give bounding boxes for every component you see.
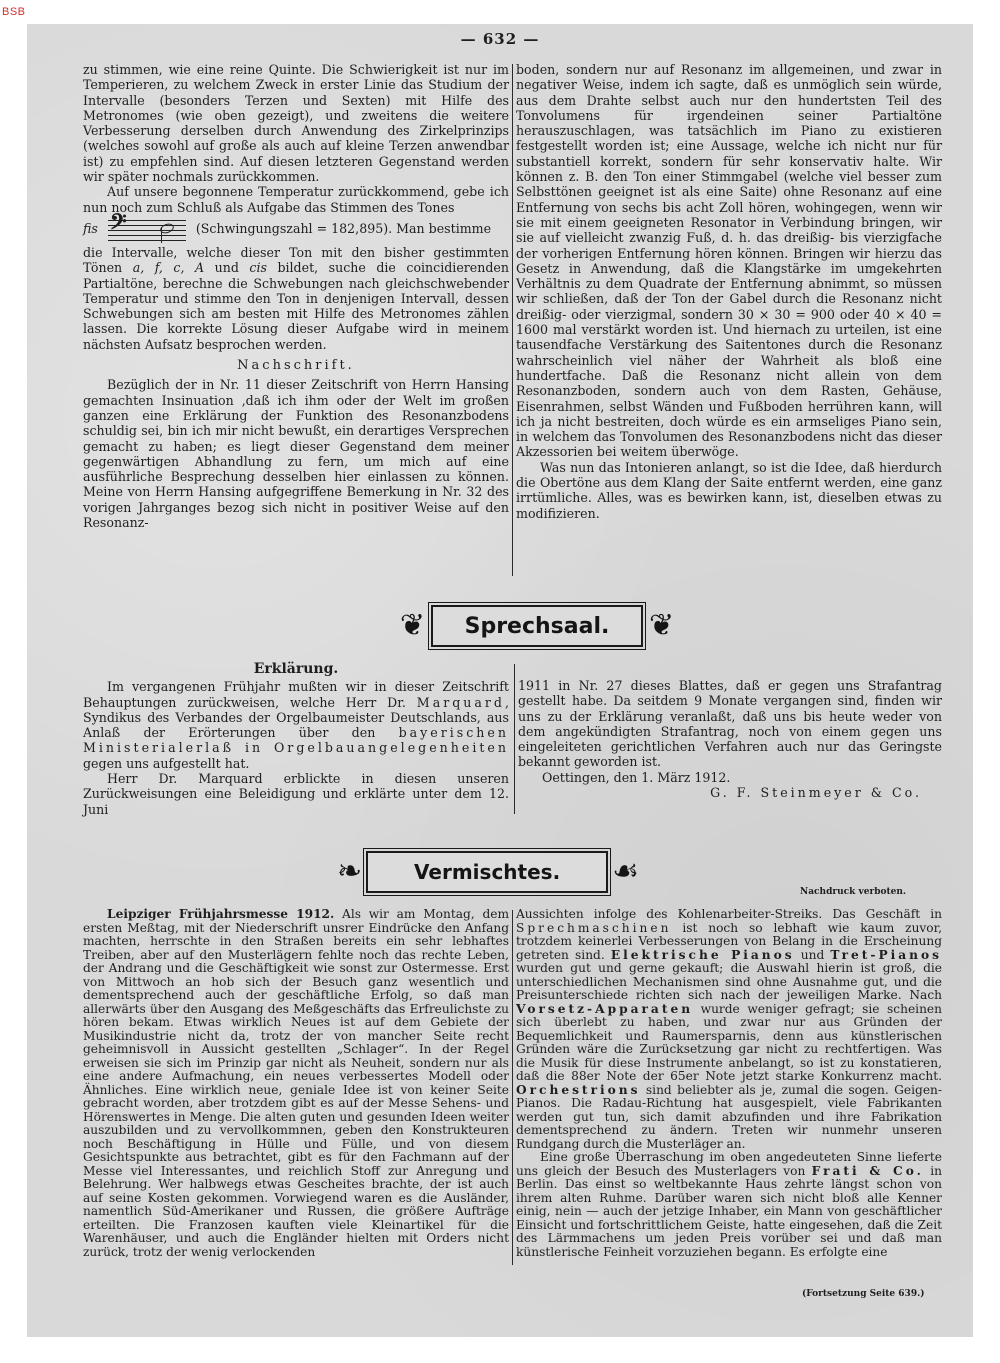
dateline: Oettingen, den 1. März 1912. (518, 770, 942, 785)
paragraph: Herr Dr. Marquard erblickte in diesen un… (83, 771, 509, 817)
erklaerung-right-column: 1911 in Nr. 27 dieses Blattes, daß er ge… (518, 678, 942, 800)
bass-clef-icon: 𝄢 (110, 212, 127, 238)
paragraph: Auf unsere begonnene Temperatur zurückko… (83, 184, 509, 215)
column-divider (514, 664, 515, 814)
scanned-page: — 632 — zu stimmen, wie eine reine Quint… (27, 24, 973, 1337)
page-number: — 632 — (27, 30, 973, 48)
paragraph: boden, sondern nur auf Resonanz im allge… (516, 62, 942, 460)
paragraph: Bezüglich der in Nr. 11 dieser Zeitschri… (83, 377, 509, 530)
reprint-notice: Nachdruck verboten. (800, 887, 906, 897)
section-title: Vermischtes. (366, 851, 608, 893)
ornament-left-icon: ❦ (400, 611, 425, 641)
column-divider (512, 64, 513, 576)
paragraph: zu stimmen, wie eine reine Quinte. Die S… (83, 62, 509, 184)
music-notation-line: fis 𝄢 (Schwingungszahl = 182,895). Man b… (83, 218, 509, 240)
erklaerung-heading: Erklärung. (83, 662, 509, 677)
section-banner-vermischtes: ❧ Vermischtes. ☙ (323, 846, 653, 898)
frequency-text: (Schwingungszahl = 182,895). Man bestimm… (196, 221, 491, 236)
paragraph: Was nun das Intonieren anlangt, so ist d… (516, 460, 942, 521)
signature: G. F. Steinmeyer & Co. (518, 785, 942, 800)
paragraph: Leipziger Frühjahrsmesse 1912. Als wir a… (83, 908, 509, 1259)
column-divider (512, 910, 513, 1265)
article-right-column: boden, sondern nur auf Resonanz im allge… (516, 62, 942, 521)
erklaerung-left-column: Erklärung. Im vergangenen Frühjahr mußte… (83, 662, 509, 817)
paragraph: Eine große Überraschung im oben angedeut… (516, 1151, 942, 1259)
messe-left-column: Leipziger Frühjahrsmesse 1912. Als wir a… (83, 908, 509, 1259)
postscript-heading: Nachschrift. (83, 358, 509, 373)
paragraph: 1911 in Nr. 27 dieses Blattes, daß er ge… (518, 678, 942, 770)
section-banner-sprechsaal: ❦ Sprechsaal. ❦ (327, 600, 747, 652)
ornament-right-icon: ❦ (649, 611, 674, 641)
bass-clef-staff-icon: 𝄢 (108, 218, 186, 240)
section-title: Sprechsaal. (431, 605, 643, 647)
library-watermark: BSB (2, 6, 26, 18)
paragraph: Im vergangenen Frühjahr mußten wir in di… (83, 679, 509, 771)
article-headline: Leipziger Frühjahrsmesse 1912. (107, 907, 334, 921)
ornament-left-icon: ❧ (337, 857, 362, 887)
article-left-column: zu stimmen, wie eine reine Quinte. Die S… (83, 62, 509, 530)
continuation-note: (Fortsetzung Seite 639.) (802, 1289, 924, 1299)
paragraph: Aussichten infolge des Kohlenarbeiter-St… (516, 908, 942, 1151)
ornament-right-icon: ☙ (612, 857, 639, 887)
paragraph: die Intervalle, welche dieser Ton mit de… (83, 245, 509, 352)
messe-right-column: Aussichten infolge des Kohlenarbeiter-St… (516, 908, 942, 1259)
note-label: fis (83, 221, 98, 236)
